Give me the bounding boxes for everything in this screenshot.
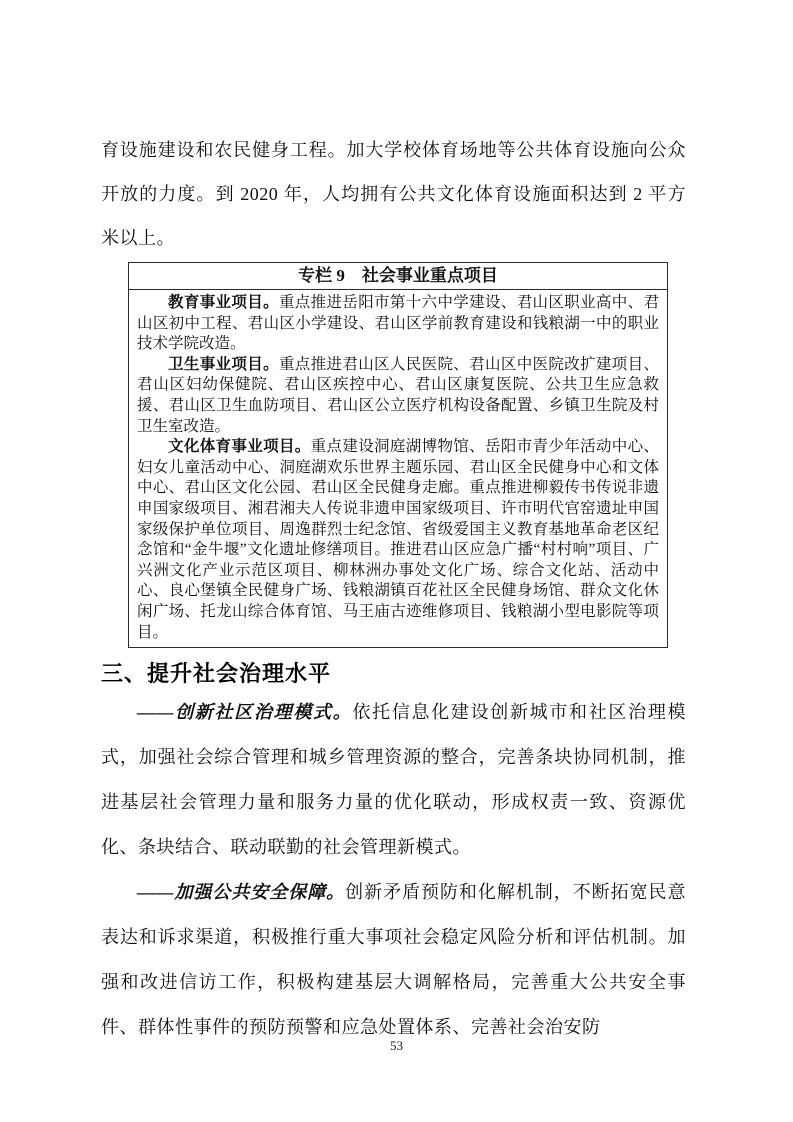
- feature-box: 专栏 9 社会事业重点项目 教育事业项目。重点推进岳阳市第十六中学建设、君山区职…: [128, 262, 668, 648]
- feature-box-body: 教育事业项目。重点推进岳阳市第十六中学建设、君山区职业高中、君山区初中工程、君山…: [129, 290, 667, 647]
- intro-paragraph: 育设施建设和农民健身工程。加大学校体育场地等公共体育设施向公众开放的力度。到 2…: [101, 128, 686, 260]
- document-page: 育设施建设和农民健身工程。加大学校体育场地等公共体育设施向公众开放的力度。到 2…: [0, 0, 793, 1122]
- box-paragraph-education: 教育事业项目。重点推进岳阳市第十六中学建设、君山区职业高中、君山区初中工程、君山…: [137, 293, 659, 355]
- section-heading: 三、提升社会治理水平: [101, 660, 686, 688]
- body-paragraph-text: 依托信息化建设创新城市和社区治理模式，加强社会综合管理和城乡管理资源的整合，完善…: [101, 702, 686, 857]
- feature-box-title: 专栏 9 社会事业重点项目: [129, 263, 667, 290]
- page-number: 53: [0, 1038, 793, 1054]
- box-paragraph-lead: 教育事业项目。: [168, 294, 279, 311]
- body-paragraph-lead: ——创新社区治理模式。: [137, 702, 352, 722]
- box-paragraph-lead: 卫生事业项目。: [168, 356, 279, 373]
- body-paragraph-community-governance: ——创新社区治理模式。依托信息化建设创新城市和社区治理模式，加强社会综合管理和城…: [101, 690, 686, 870]
- body-paragraph-public-safety: ——加强公共安全保障。创新矛盾预防和化解机制，不断拓宽民意表达和诉求渠道，积极推…: [101, 870, 686, 1050]
- box-paragraph-culture-sports: 文化体育事业项目。重点建设洞庭湖博物馆、岳阳市青少年活动中心、妇女儿童活动中心、…: [137, 437, 659, 643]
- page-content: 育设施建设和农民健身工程。加大学校体育场地等公共体育设施向公众开放的力度。到 2…: [101, 128, 686, 1050]
- box-paragraph-text: 重点建设洞庭湖博物馆、岳阳市青少年活动中心、妇女儿童活动中心、洞庭湖欢乐世界主题…: [137, 438, 659, 640]
- body-paragraph-text: 创新矛盾预防和化解机制，不断拓宽民意表达和诉求渠道，积极推行重大事项社会稳定风险…: [101, 882, 686, 1037]
- body-paragraph-lead: ——加强公共安全保障。: [137, 882, 345, 902]
- box-paragraph-health: 卫生事业项目。重点推进君山区人民医院、君山区中医院改扩建项目、君山区妇幼保健院、…: [137, 355, 659, 437]
- box-paragraph-lead: 文化体育事业项目。: [168, 438, 311, 455]
